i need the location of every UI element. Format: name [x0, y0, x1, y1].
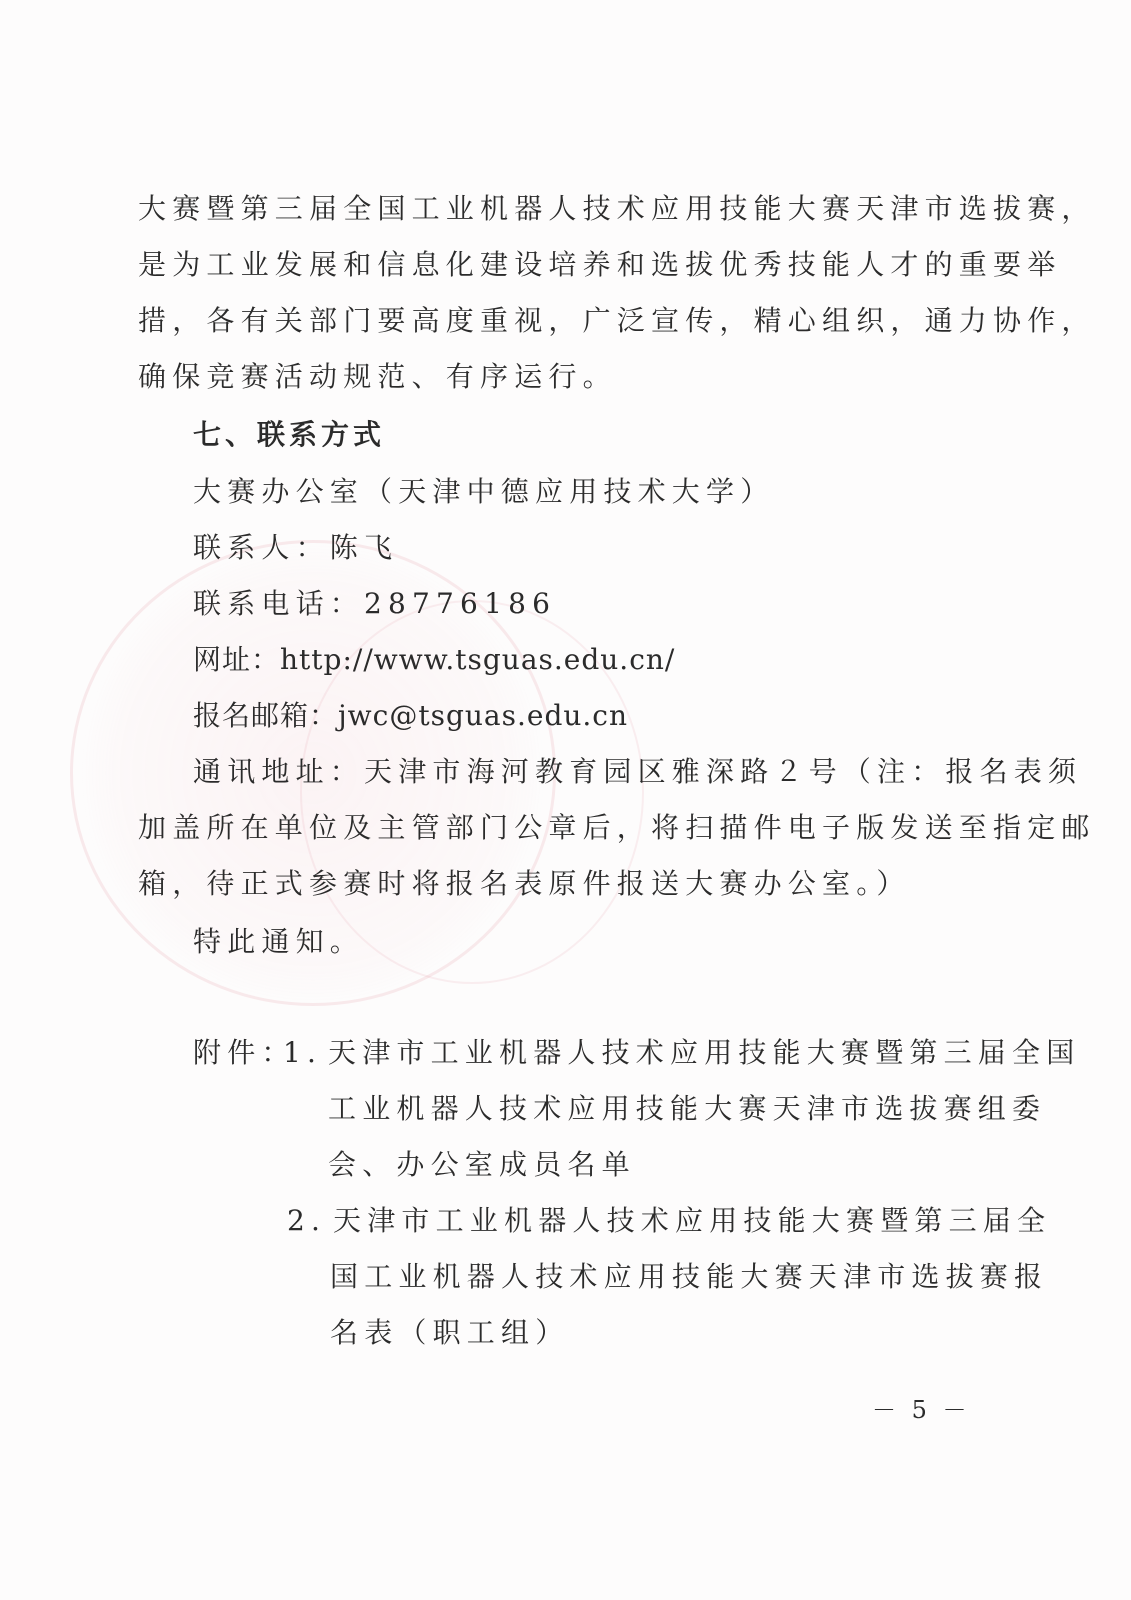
contact-person: 联系人：陈飞: [193, 531, 398, 565]
contact-website: 网址：http://www.tsguas.edu.cn/: [193, 643, 675, 677]
contact-address-line: 加盖所在单位及主管部门公章后，将扫描件电子版发送至指定邮: [138, 811, 1096, 845]
attachment-line: 天津市工业机器人技术应用技能大赛暨第三届全: [333, 1204, 1051, 1238]
paragraph-line: 大赛暨第三届全国工业机器人技术应用技能大赛天津市选拔赛，: [138, 192, 1096, 226]
section-heading: 七、联系方式: [193, 418, 385, 452]
attachment-number: 2.: [287, 1204, 326, 1238]
contact-phone: 联系电话：28776186: [193, 587, 556, 621]
contact-email: 报名邮箱：jwc@tsguas.edu.cn: [193, 699, 628, 733]
attachment-line: 会、办公室成员名单: [328, 1148, 636, 1182]
closing-text: 特此通知。: [193, 925, 364, 959]
attachment-number: 1.: [283, 1036, 322, 1070]
attachment-line: 工业机器人技术应用技能大赛天津市选拔赛组委: [328, 1092, 1046, 1126]
attachment-line: 国工业机器人技术应用技能大赛天津市选拔赛报: [330, 1260, 1048, 1294]
contact-office: 大赛办公室（天津中德应用技术大学）: [193, 475, 774, 509]
contact-address-line: 箱，待正式参赛时将报名表原件报送大赛办公室。）: [138, 867, 911, 901]
page-number: － 5 －: [872, 1390, 971, 1425]
paragraph-line: 措，各有关部门要高度重视，广泛宣传，精心组织，通力协作，: [138, 304, 1096, 338]
paragraph-line: 确保竞赛活动规范、有序运行。: [138, 360, 617, 394]
attachments-label: 附件：: [193, 1036, 296, 1070]
attachment-line: 天津市工业机器人技术应用技能大赛暨第三届全国: [328, 1036, 1080, 1070]
contact-address-line: 通讯地址：天津市海河教育园区雅深路２号（注：报名表须: [193, 755, 1082, 789]
attachment-line: 名表（职工组）: [330, 1316, 569, 1350]
paragraph-line: 是为工业发展和信息化建设培养和选拔优秀技能人才的重要举: [138, 248, 1061, 282]
